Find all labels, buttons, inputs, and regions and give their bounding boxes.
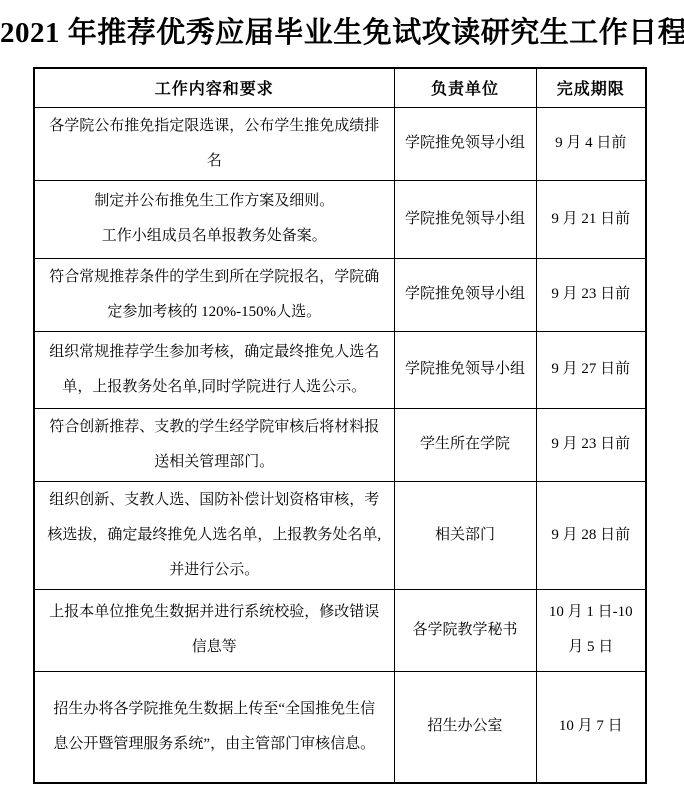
deadline-cell: 9 月 23 日前 (536, 408, 646, 481)
header-cell-unit: 负责单位 (394, 68, 536, 107)
task-cell: 组织常规推荐学生参加考核，确定最终推免人选名 单，上报教务处名单,同时学院进行人… (34, 331, 394, 408)
table-row: 组织常规推荐学生参加考核，确定最终推免人选名 单，上报教务处名单,同时学院进行人… (34, 331, 646, 408)
document-page: 2021 年推荐优秀应届毕业生免试攻读研究生工作日程表 工作内容和要求 负责单位… (0, 0, 684, 800)
deadline-cell: 9 月 28 日前 (536, 481, 646, 589)
task-cell: 招生办将各学院推免生数据上传至“全国推免生信 息公开暨管理服务系统”，由主管部门… (34, 671, 394, 783)
table-row: 组织创新、支教人选、国防补偿计划资格审核，考 核选拔，确定最终推免人选名单，上报… (34, 481, 646, 589)
task-cell: 各学院公布推免指定限选课，公布学生推免成绩排 名 (34, 107, 394, 180)
deadline-cell: 9 月 23 日前 (536, 258, 646, 331)
page-title: 2021 年推荐优秀应届毕业生免试攻读研究生工作日程表 (0, 0, 684, 53)
table-row: 制定并公布推免生工作方案及细则。 工作小组成员名单报教务处备案。 学院推免领导小… (34, 180, 646, 258)
deadline-cell: 9 月 27 日前 (536, 331, 646, 408)
task-cell: 符合创新推荐、支教的学生经学院审核后将材料报 送相关管理部门。 (34, 408, 394, 481)
unit-cell: 招生办公室 (394, 671, 536, 783)
task-cell: 符合常规推荐条件的学生到所在学院报名，学院确 定参加考核的 120%-150%人… (34, 258, 394, 331)
table-row: 符合常规推荐条件的学生到所在学院报名，学院确 定参加考核的 120%-150%人… (34, 258, 646, 331)
deadline-cell: 10 月 7 日 (536, 671, 646, 783)
table-row: 符合创新推荐、支教的学生经学院审核后将材料报 送相关管理部门。 学生所在学院 9… (34, 408, 646, 481)
header-cell-deadline: 完成期限 (536, 68, 646, 107)
unit-cell: 学院推免领导小组 (394, 331, 536, 408)
schedule-table: 工作内容和要求 负责单位 完成期限 各学院公布推免指定限选课，公布学生推免成绩排… (33, 67, 647, 784)
task-cell: 上报本单位推免生数据并进行系统校验，修改错误 信息等 (34, 589, 394, 671)
unit-cell: 学生所在学院 (394, 408, 536, 481)
unit-cell: 相关部门 (394, 481, 536, 589)
unit-cell: 学院推免领导小组 (394, 180, 536, 258)
unit-cell: 学院推免领导小组 (394, 258, 536, 331)
table-header-row: 工作内容和要求 负责单位 完成期限 (34, 68, 646, 107)
deadline-cell: 10 月 1 日-10 月 5 日 (536, 589, 646, 671)
unit-cell: 各学院教学秘书 (394, 589, 536, 671)
table-row: 招生办将各学院推免生数据上传至“全国推免生信 息公开暨管理服务系统”，由主管部门… (34, 671, 646, 783)
table-row: 上报本单位推免生数据并进行系统校验，修改错误 信息等 各学院教学秘书 10 月 … (34, 589, 646, 671)
task-cell: 制定并公布推免生工作方案及细则。 工作小组成员名单报教务处备案。 (34, 180, 394, 258)
task-cell: 组织创新、支教人选、国防补偿计划资格审核，考 核选拔，确定最终推免人选名单，上报… (34, 481, 394, 589)
table-row: 各学院公布推免指定限选课，公布学生推免成绩排 名 学院推免领导小组 9 月 4 … (34, 107, 646, 180)
header-cell-task: 工作内容和要求 (34, 68, 394, 107)
deadline-cell: 9 月 21 日前 (536, 180, 646, 258)
deadline-cell: 9 月 4 日前 (536, 107, 646, 180)
unit-cell: 学院推免领导小组 (394, 107, 536, 180)
